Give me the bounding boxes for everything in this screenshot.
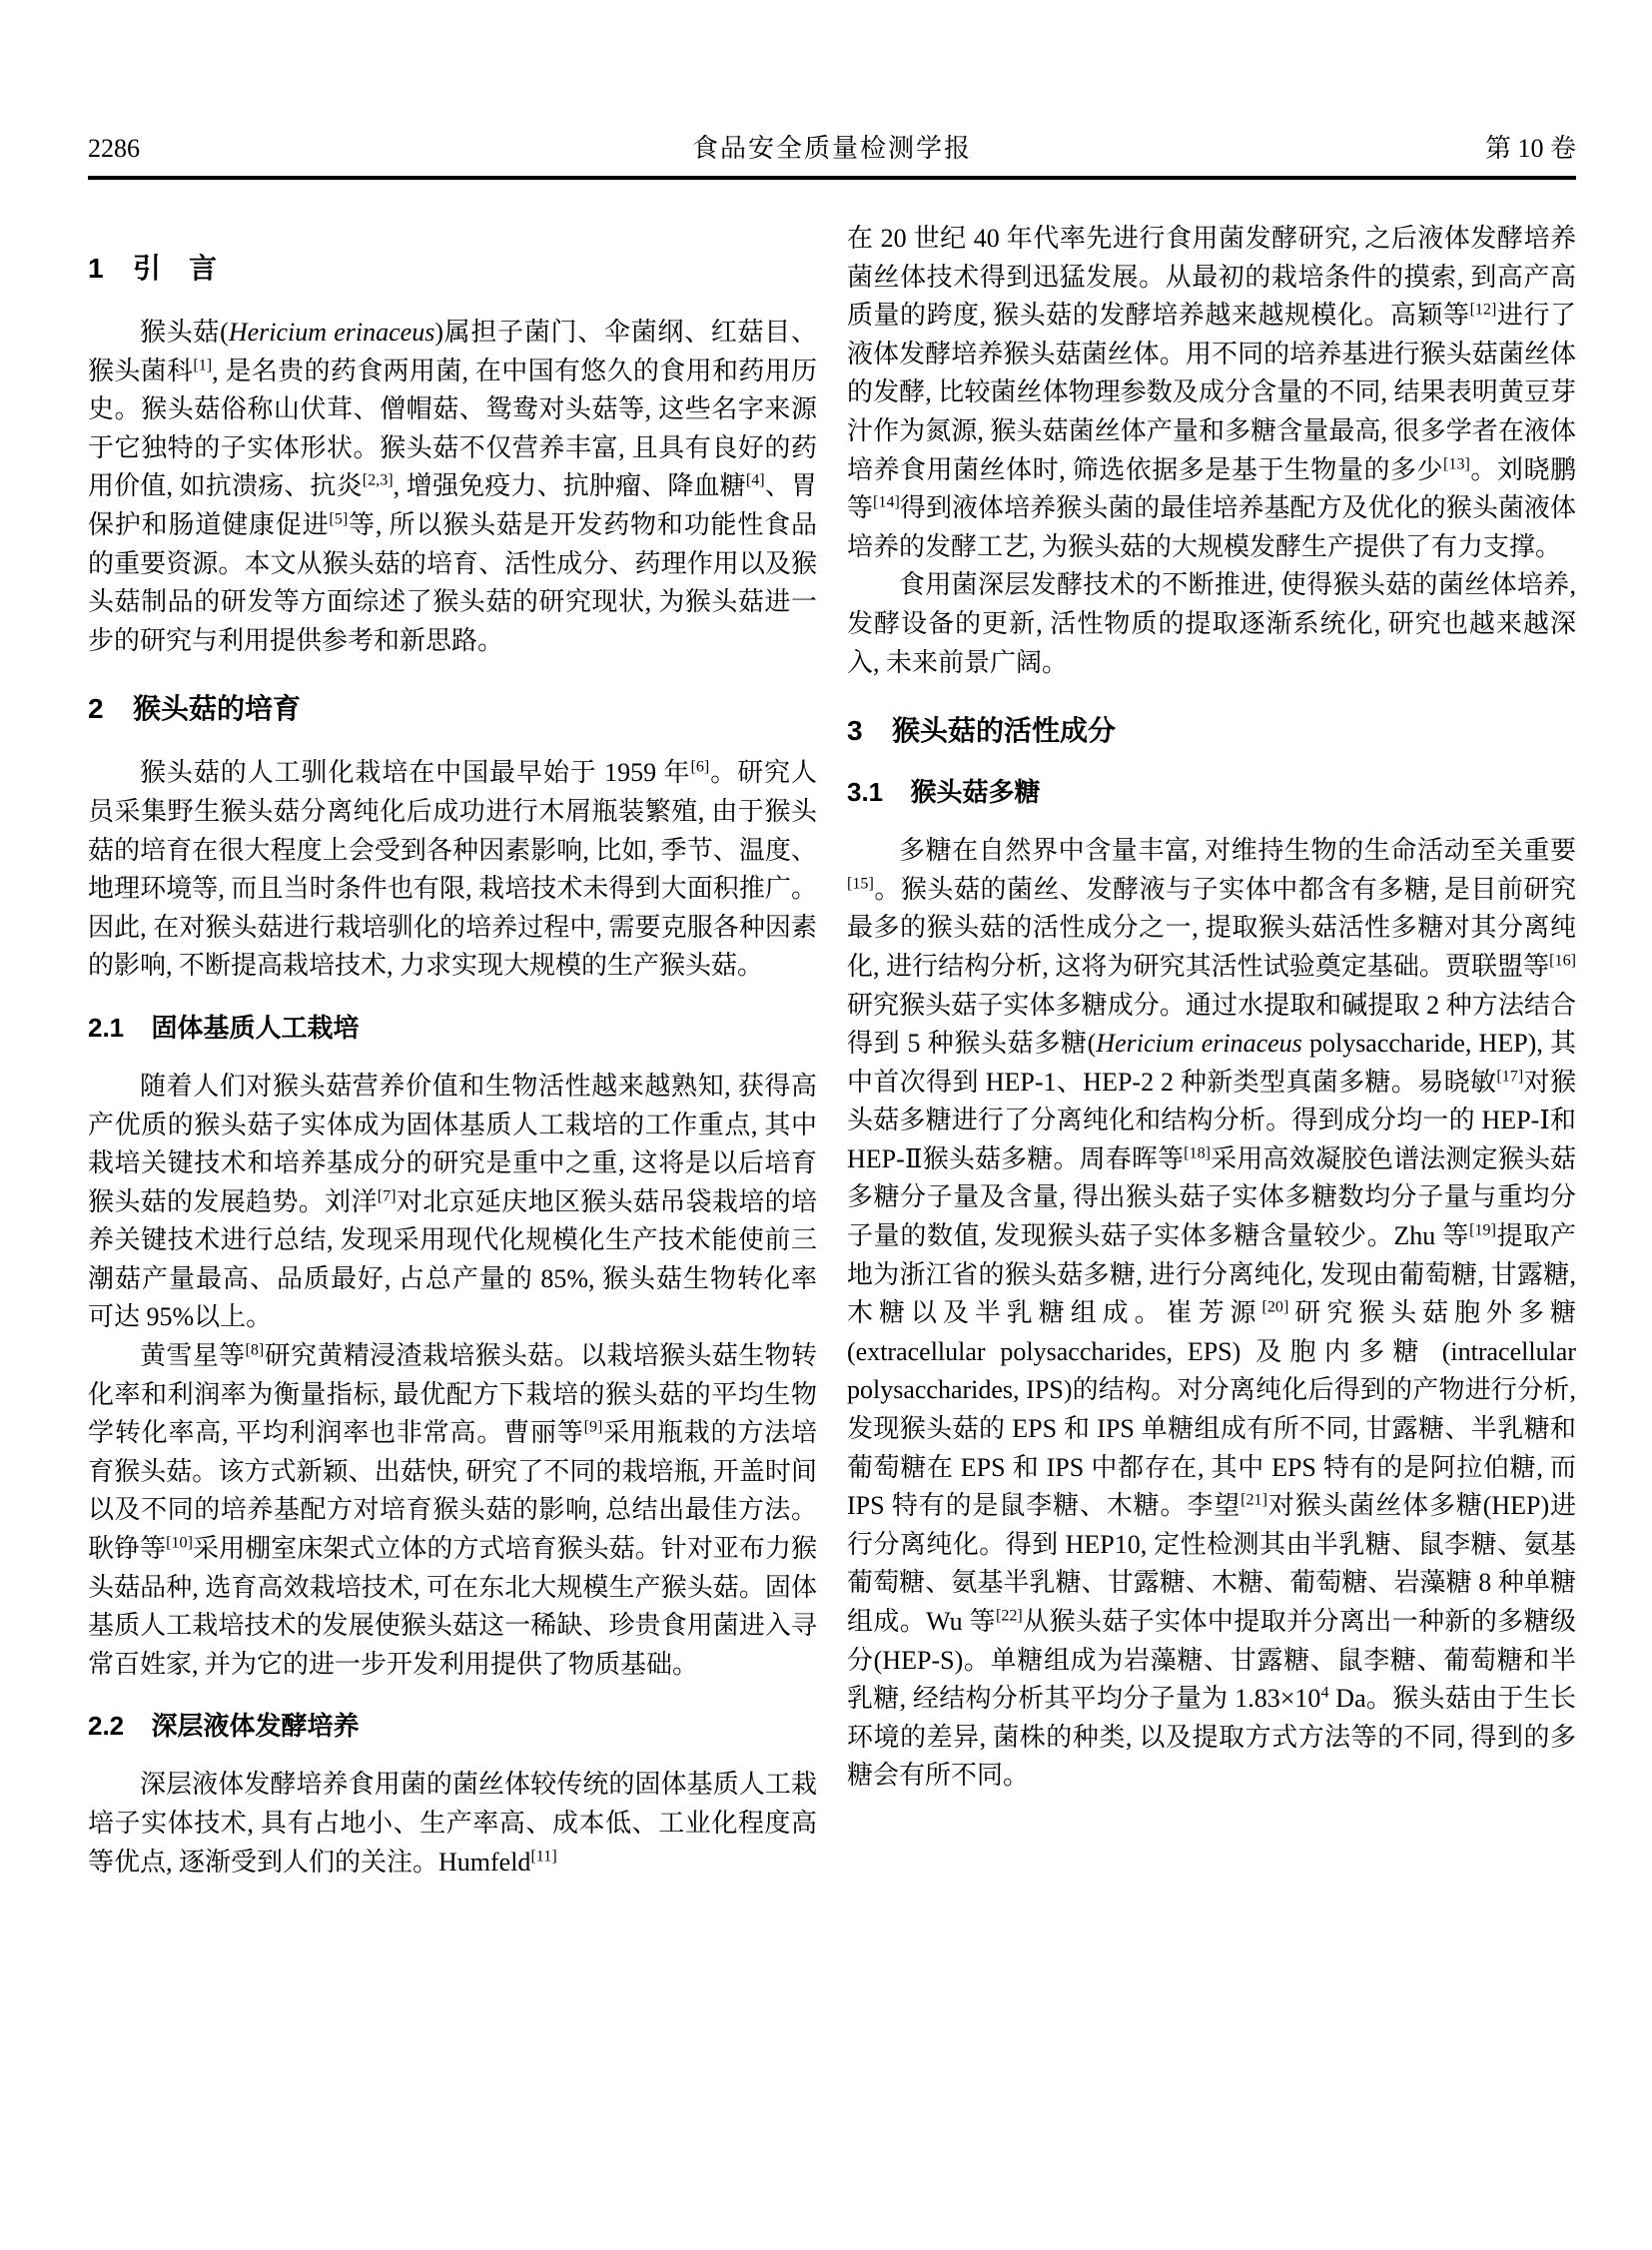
- body-text: 得到液体培养猴头菌的最佳培养基配方及优化的猴头菌液体培养的发酵工艺, 为猴头菇的…: [847, 493, 1576, 561]
- paragraph: 在 20 世纪 40 年代率先进行食用菌发酵研究, 之后液体发酵培养菌丝体技术得…: [847, 220, 1576, 566]
- section-heading-1: 1引 言: [88, 252, 817, 286]
- section-title: 引 言: [133, 253, 217, 284]
- page-number: 2286: [88, 134, 140, 164]
- section-title: 深层液体发酵培养: [151, 1711, 359, 1741]
- journal-title: 食品安全质量检测学报: [692, 134, 972, 164]
- reference-marker: [1]: [193, 357, 212, 374]
- page-header: 2286 食品安全质量检测学报 第 10 卷: [88, 0, 1576, 164]
- paragraph: 深层液体发酵培养食用菌的菌丝体较传统的固体基质人工栽培子实体技术, 具有占地小、…: [88, 1766, 817, 1881]
- reference-marker: [22]: [996, 1607, 1023, 1624]
- section-heading-2.1: 2.1固体基质人工栽培: [88, 1012, 817, 1044]
- section-title: 猴头菇多糖: [910, 777, 1040, 807]
- section-heading-2: 2猴头菇的培育: [88, 692, 817, 726]
- section-heading-3: 3猴头菇的活性成分: [847, 714, 1576, 748]
- reference-marker: [10]: [166, 1534, 193, 1551]
- paragraph: 多糖在自然界中含量丰富, 对维持生物的生命活动至关重要[15]。猴头菇的菌丝、发…: [847, 832, 1576, 1796]
- species-name: Hericium erinaceus: [229, 318, 435, 347]
- body-text: 猴头菇(: [140, 318, 229, 347]
- section-heading-3.1: 3.1猴头菇多糖: [847, 776, 1576, 808]
- body-text: 研究猴头菇胞外多糖(extracellular polysaccharides,…: [847, 1298, 1576, 1520]
- reference-marker: [21]: [1240, 1492, 1267, 1509]
- body-text: 在 20 世纪 40 年代率先进行食用菌发酵研究, 之后液体发酵培养菌丝体技术得…: [847, 224, 1576, 330]
- reference-marker: [6]: [690, 759, 709, 776]
- section-number: 3.1: [847, 777, 883, 807]
- reference-marker: [12]: [1470, 302, 1497, 319]
- reference-marker: [13]: [1443, 455, 1470, 472]
- section-title: 猴头菇的培育: [133, 693, 301, 724]
- right-column: 在 20 世纪 40 年代率先进行食用菌发酵研究, 之后液体发酵培养菌丝体技术得…: [847, 220, 1576, 1881]
- reference-marker: [4]: [746, 472, 765, 489]
- left-column: 1引 言猴头菇(Hericium erinaceus)属担子菌门、伞菌纲、红菇目…: [88, 220, 817, 1881]
- reference-marker: [5]: [329, 510, 348, 527]
- body-text: , 增强免疫力、抗肿瘤、降血糖: [394, 471, 746, 500]
- paragraph: 猴头菇(Hericium erinaceus)属担子菌门、伞菌纲、红菇目、猴头菌…: [88, 314, 817, 660]
- journal-page: 2286 食品安全质量检测学报 第 10 卷 1引 言猴头菇(Hericium …: [0, 0, 1652, 2250]
- reference-marker: [14]: [873, 494, 900, 511]
- reference-marker: [8]: [245, 1341, 264, 1358]
- reference-marker: [2,3]: [363, 472, 394, 489]
- body-text: 黄雪星等: [140, 1341, 245, 1370]
- paragraph: 随着人们对猴头菇营养价值和生物活性越来越熟知, 获得高产优质的猴头菇子实体成为固…: [88, 1068, 817, 1337]
- reference-marker: [20]: [1261, 1299, 1288, 1316]
- article-body: 1引 言猴头菇(Hericium erinaceus)属担子菌门、伞菌纲、红菇目…: [88, 220, 1576, 1881]
- section-title: 固体基质人工栽培: [151, 1013, 359, 1043]
- body-text: 。猴头菇的菌丝、发酵液与子实体中都含有多糖, 是目前研究最多的猴头菇的活性成分之…: [847, 875, 1576, 981]
- body-text: 采用棚室床架式立体的方式培育猴头菇。针对亚布力猴头菇品种, 选育高效栽培技术, …: [88, 1534, 817, 1679]
- reference-marker: [18]: [1184, 1144, 1211, 1161]
- body-text: 。研究人员采集野生猴头菇分离纯化后成功进行木屑瓶装繁殖, 由于猴头菇的培育在很大…: [88, 758, 817, 980]
- body-text: 多糖在自然界中含量丰富, 对维持生物的生命活动至关重要: [899, 836, 1576, 865]
- section-number: 1: [88, 253, 104, 284]
- body-text: 深层液体发酵培养食用菌的菌丝体较传统的固体基质人工栽培子实体技术, 具有占地小、…: [88, 1770, 817, 1875]
- reference-marker: [17]: [1496, 1068, 1523, 1085]
- volume-label: 第 10 卷: [1485, 134, 1576, 164]
- reference-marker: [9]: [584, 1419, 603, 1436]
- section-title: 猴头菇的活性成分: [892, 715, 1116, 746]
- body-text: 食用菌深层发酵技术的不断推进, 使得猴头菇的菌丝体培养, 发酵设备的更新, 活性…: [847, 570, 1576, 676]
- reference-marker: [16]: [1549, 952, 1576, 969]
- reference-marker: 4: [1320, 1685, 1328, 1702]
- section-number: 3: [847, 715, 863, 746]
- paragraph: 黄雪星等[8]研究黄精浸渣栽培猴头菇。以栽培猴头菇生物转化率和利润率为衡量指标,…: [88, 1337, 817, 1684]
- reference-marker: [15]: [847, 875, 874, 892]
- section-number: 2.1: [88, 1013, 124, 1043]
- section-heading-2.2: 2.2深层液体发酵培养: [88, 1710, 817, 1742]
- header-rule: [88, 176, 1576, 180]
- body-text: 猴头菇的人工驯化栽培在中国最早始于 1959 年: [140, 758, 690, 787]
- species-name: Hericium erinaceus: [1096, 1029, 1301, 1058]
- reference-marker: [19]: [1469, 1221, 1496, 1238]
- reference-marker: [7]: [378, 1187, 397, 1204]
- reference-marker: [11]: [530, 1848, 556, 1865]
- section-number: 2: [88, 693, 104, 724]
- paragraph: 猴头菇的人工驯化栽培在中国最早始于 1959 年[6]。研究人员采集野生猴头菇分…: [88, 754, 817, 986]
- paragraph: 食用菌深层发酵技术的不断推进, 使得猴头菇的菌丝体培养, 发酵设备的更新, 活性…: [847, 566, 1576, 682]
- section-number: 2.2: [88, 1711, 124, 1741]
